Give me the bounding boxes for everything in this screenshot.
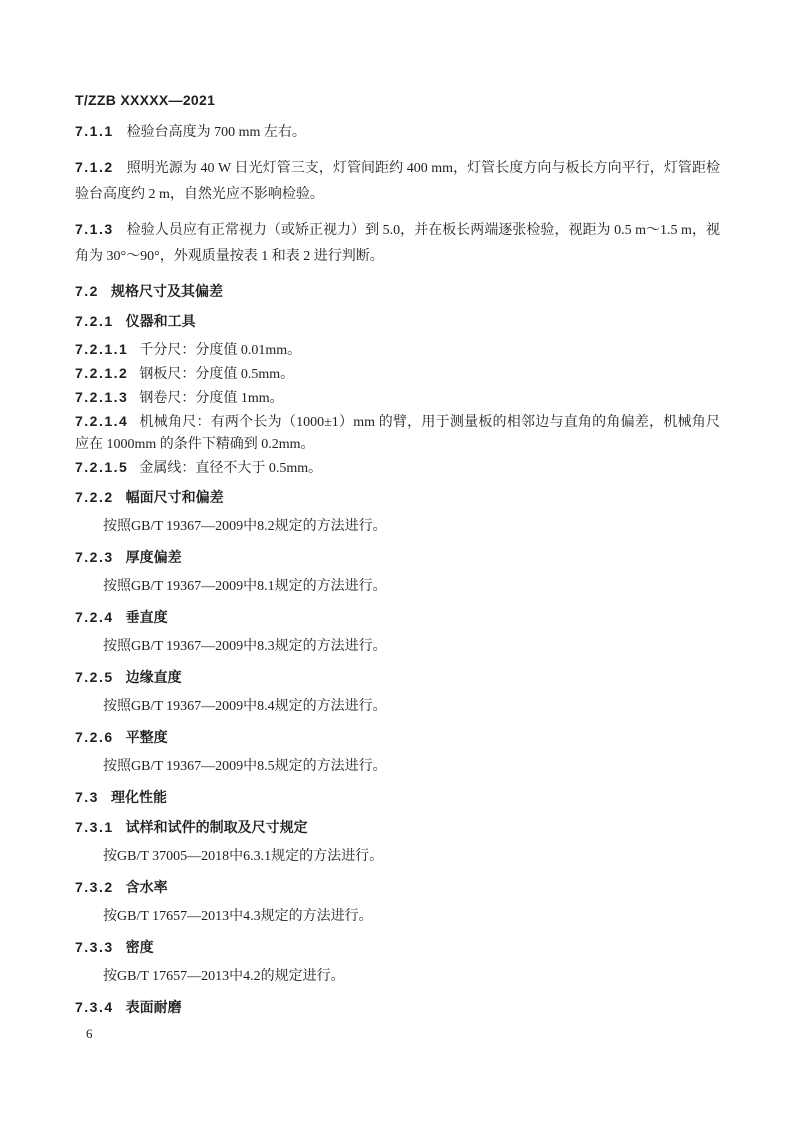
page-number: 6 — [86, 1026, 93, 1042]
clause-number: 7.1.3 — [75, 221, 114, 237]
subclause-text: 机械角尺：有两个长为（1000±1）mm 的臂，用于测量板的相邻边与直角的角偏差… — [75, 415, 720, 452]
document-page: T/ZZB XXXXX—2021 7.1.1检验台高度为 700 mm 左右。 … — [0, 0, 794, 1122]
clause-7-1-3: 7.1.3检验人员应有正常视力（或矫正视力）到 5.0，并在板长两端逐张检验，视… — [75, 216, 720, 270]
section-heading-7-2-2: 7.2.2幅面尺寸和偏差 — [75, 484, 720, 510]
section-title: 幅面尺寸和偏差 — [126, 489, 224, 505]
clause-number: 7.1.2 — [75, 159, 114, 175]
subclause-text: 钢板尺：分度值 0.5mm。 — [139, 367, 294, 382]
section-number: 7.3.4 — [75, 999, 114, 1015]
subclause-text: 金属线：直径不大于 0.5mm。 — [139, 461, 322, 476]
section-title: 含水率 — [126, 879, 168, 895]
section-number: 7.2.6 — [75, 729, 114, 745]
section-number: 7.2.2 — [75, 489, 114, 505]
section-heading-7-3: 7.3理化性能 — [75, 784, 720, 810]
section-heading-7-3-2: 7.3.2含水率 — [75, 874, 720, 900]
clause-text: 检验台高度为 700 mm 左右。 — [127, 125, 306, 140]
section-title: 试样和试件的制取及尺寸规定 — [126, 819, 308, 835]
section-heading-7-2-3: 7.2.3厚度偏差 — [75, 544, 720, 570]
subclause-7-2-1-3: 7.2.1.3钢卷尺：分度值 1mm。 — [75, 386, 720, 410]
method-paragraph: 按照GB/T 19367—2009中8.2规定的方法进行。 — [75, 514, 720, 540]
section-heading-7-3-1: 7.3.1试样和试件的制取及尺寸规定 — [75, 814, 720, 840]
section-number: 7.3.2 — [75, 879, 114, 895]
method-paragraph: 按GB/T 17657—2013中4.2的规定进行。 — [75, 964, 720, 990]
subclause-number: 7.2.1.2 — [75, 365, 128, 381]
method-paragraph: 按照GB/T 19367—2009中8.3规定的方法进行。 — [75, 634, 720, 660]
section-number: 7.3.3 — [75, 939, 114, 955]
clause-7-1-2: 7.1.2照明光源为 40 W 日光灯管三支，灯管间距约 400 mm，灯管长度… — [75, 154, 720, 208]
section-title: 边缘直度 — [126, 669, 182, 685]
clause-7-1-1: 7.1.1检验台高度为 700 mm 左右。 — [75, 118, 720, 146]
clause-number: 7.1.1 — [75, 123, 114, 139]
method-paragraph: 按照GB/T 19367—2009中8.1规定的方法进行。 — [75, 574, 720, 600]
section-title: 平整度 — [126, 729, 168, 745]
section-number: 7.2.5 — [75, 669, 114, 685]
subclause-7-2-1-1: 7.2.1.1千分尺：分度值 0.01mm。 — [75, 338, 720, 362]
method-paragraph: 按GB/T 37005—2018中6.3.1规定的方法进行。 — [75, 844, 720, 870]
clause-text: 照明光源为 40 W 日光灯管三支，灯管间距约 400 mm，灯管长度方向与板长… — [75, 161, 720, 202]
subclause-number: 7.2.1.5 — [75, 459, 128, 475]
method-paragraph: 按GB/T 17657—2013中4.3规定的方法进行。 — [75, 904, 720, 930]
section-number: 7.2.3 — [75, 549, 114, 565]
section-title: 密度 — [126, 939, 154, 955]
method-paragraph: 按照GB/T 19367—2009中8.4规定的方法进行。 — [75, 694, 720, 720]
section-title: 垂直度 — [126, 609, 168, 625]
section-number: 7.2 — [75, 283, 99, 299]
section-heading-7-2: 7.2规格尺寸及其偏差 — [75, 278, 720, 304]
section-number: 7.2.1 — [75, 313, 114, 329]
section-title: 理化性能 — [111, 789, 167, 805]
subclause-7-2-1-4: 7.2.1.4机械角尺：有两个长为（1000±1）mm 的臂，用于测量板的相邻边… — [75, 410, 720, 456]
standard-code-header: T/ZZB XXXXX—2021 — [75, 90, 720, 110]
section-title: 厚度偏差 — [126, 549, 182, 565]
section-title: 表面耐磨 — [126, 999, 182, 1015]
subclause-7-2-1-2: 7.2.1.2钢板尺：分度值 0.5mm。 — [75, 362, 720, 386]
subclause-7-2-1-5: 7.2.1.5金属线：直径不大于 0.5mm。 — [75, 456, 720, 480]
section-heading-7-2-6: 7.2.6平整度 — [75, 724, 720, 750]
method-paragraph: 按照GB/T 19367—2009中8.5规定的方法进行。 — [75, 754, 720, 780]
section-title: 规格尺寸及其偏差 — [111, 283, 223, 299]
section-heading-7-2-1: 7.2.1仪器和工具 — [75, 308, 720, 334]
section-number: 7.3.1 — [75, 819, 114, 835]
subclause-number: 7.2.1.4 — [75, 413, 128, 429]
section-number: 7.3 — [75, 789, 99, 805]
section-heading-7-3-4: 7.3.4表面耐磨 — [75, 994, 720, 1020]
section-number: 7.2.4 — [75, 609, 114, 625]
clause-text: 检验人员应有正常视力（或矫正视力）到 5.0，并在板长两端逐张检验，视距为 0.… — [75, 223, 720, 264]
subclause-number: 7.2.1.1 — [75, 341, 128, 357]
section-heading-7-2-4: 7.2.4垂直度 — [75, 604, 720, 630]
section-heading-7-2-5: 7.2.5边缘直度 — [75, 664, 720, 690]
subclause-number: 7.2.1.3 — [75, 389, 128, 405]
section-heading-7-3-3: 7.3.3密度 — [75, 934, 720, 960]
subclause-text: 钢卷尺：分度值 1mm。 — [139, 391, 283, 406]
section-title: 仪器和工具 — [126, 313, 196, 329]
subclause-text: 千分尺：分度值 0.01mm。 — [139, 343, 301, 358]
